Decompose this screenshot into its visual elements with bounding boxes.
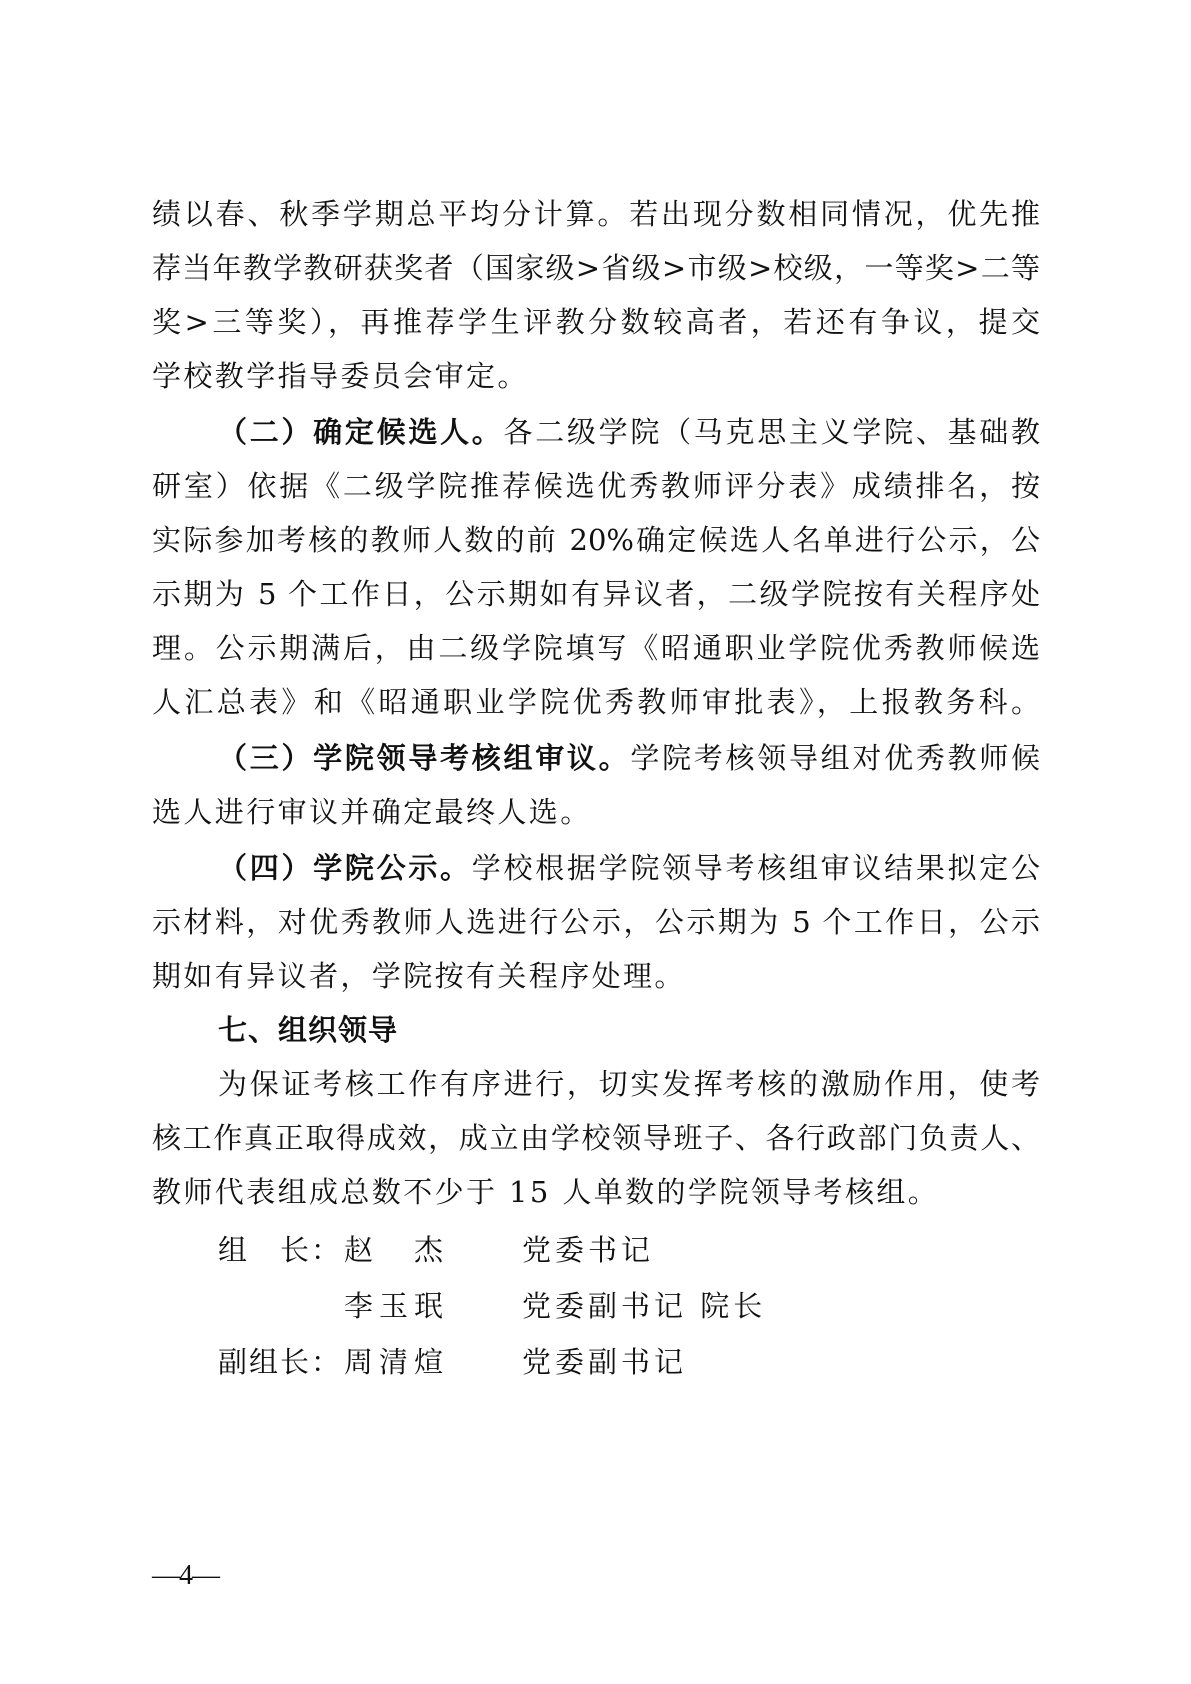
body-line: 学校教学指导委员会审定。 — [152, 358, 1052, 394]
roster-role: 副组长： — [218, 1344, 342, 1380]
roster-name: 李玉珉 — [344, 1288, 449, 1324]
step-2-heading: （二）确定候选人。 — [218, 415, 503, 449]
body-line: 教师代表组成总数不少于 15 人单数的学院领导考核组。 — [152, 1174, 1052, 1210]
step-4-text: 学校根据学院领导考核组审议结果拟定公 — [472, 851, 1040, 885]
body-line: 示期为 5 个工作日，公示期如有异议者，二级学院按有关程序处 — [152, 576, 1040, 612]
body-line: 示材料，对优秀教师人选进行公示，公示期为 5 个工作日，公示 — [152, 904, 1040, 940]
roster-title: 党委副书记 — [522, 1344, 687, 1380]
body-line: 选人进行审议并确定最终人选。 — [152, 794, 1052, 830]
roster-title: 党委书记 — [522, 1232, 654, 1268]
roster-title: 党委副书记 院长 — [522, 1288, 766, 1324]
roster-role: 组 长： — [218, 1232, 342, 1268]
roster-name: 赵 杰 — [344, 1232, 449, 1268]
body-line: 核工作真正取得成效，成立由学校领导班子、各行政部门负责人、 — [152, 1120, 1040, 1156]
document-page: 绩以春、秋季学期总平均分计算。若出现分数相同情况，优先推 荐当年教学教研获奖者（… — [0, 0, 1191, 1684]
step-3-heading: （三）学院领导考核组审议。 — [218, 741, 630, 775]
step-4-first-line: （四）学院公示。学校根据学院领导考核组审议结果拟定公 — [218, 850, 1040, 886]
step-2-first-line: （二）确定候选人。各二级学院（马克思主义学院、基础教 — [218, 414, 1040, 450]
body-line: 实际参加考核的教师人数的前 20%确定候选人名单进行公示，公 — [152, 522, 1040, 558]
body-line: 研室）依据《二级学院推荐候选优秀教师评分表》成绩排名，按 — [152, 468, 1040, 504]
page-number: —4— — [152, 1560, 219, 1592]
step-3-first-line: （三）学院领导考核组审议。学院考核领导组对优秀教师候 — [218, 740, 1040, 776]
roster-name: 周清煊 — [344, 1344, 449, 1380]
step-4-heading: （四）学院公示。 — [218, 851, 472, 885]
body-line: 人汇总表》和《昭通职业学院优秀教师审批表》，上报教务科。 — [152, 684, 1040, 720]
body-line: 期如有异议者，学院按有关程序处理。 — [152, 958, 1052, 994]
step-2-text: 各二级学院（马克思主义学院、基础教 — [503, 415, 1040, 449]
section-7-title: 七、组织领导 — [218, 1012, 1118, 1048]
body-line: 荐当年教学教研获奖者（国家级>省级>市级>校级，一等奖>二等 — [152, 250, 1040, 286]
body-line: 为保证考核工作有序进行，切实发挥考核的激励作用，使考 — [218, 1066, 1040, 1102]
step-3-text: 学院考核领导组对优秀教师候 — [630, 741, 1040, 775]
body-line: 绩以春、秋季学期总平均分计算。若出现分数相同情况，优先推 — [152, 196, 1040, 232]
body-line: 理。公示期满后，由二级学院填写《昭通职业学院优秀教师候选 — [152, 630, 1040, 666]
body-line: 奖>三等奖），再推荐学生评教分数较高者，若还有争议，提交 — [152, 304, 1040, 340]
